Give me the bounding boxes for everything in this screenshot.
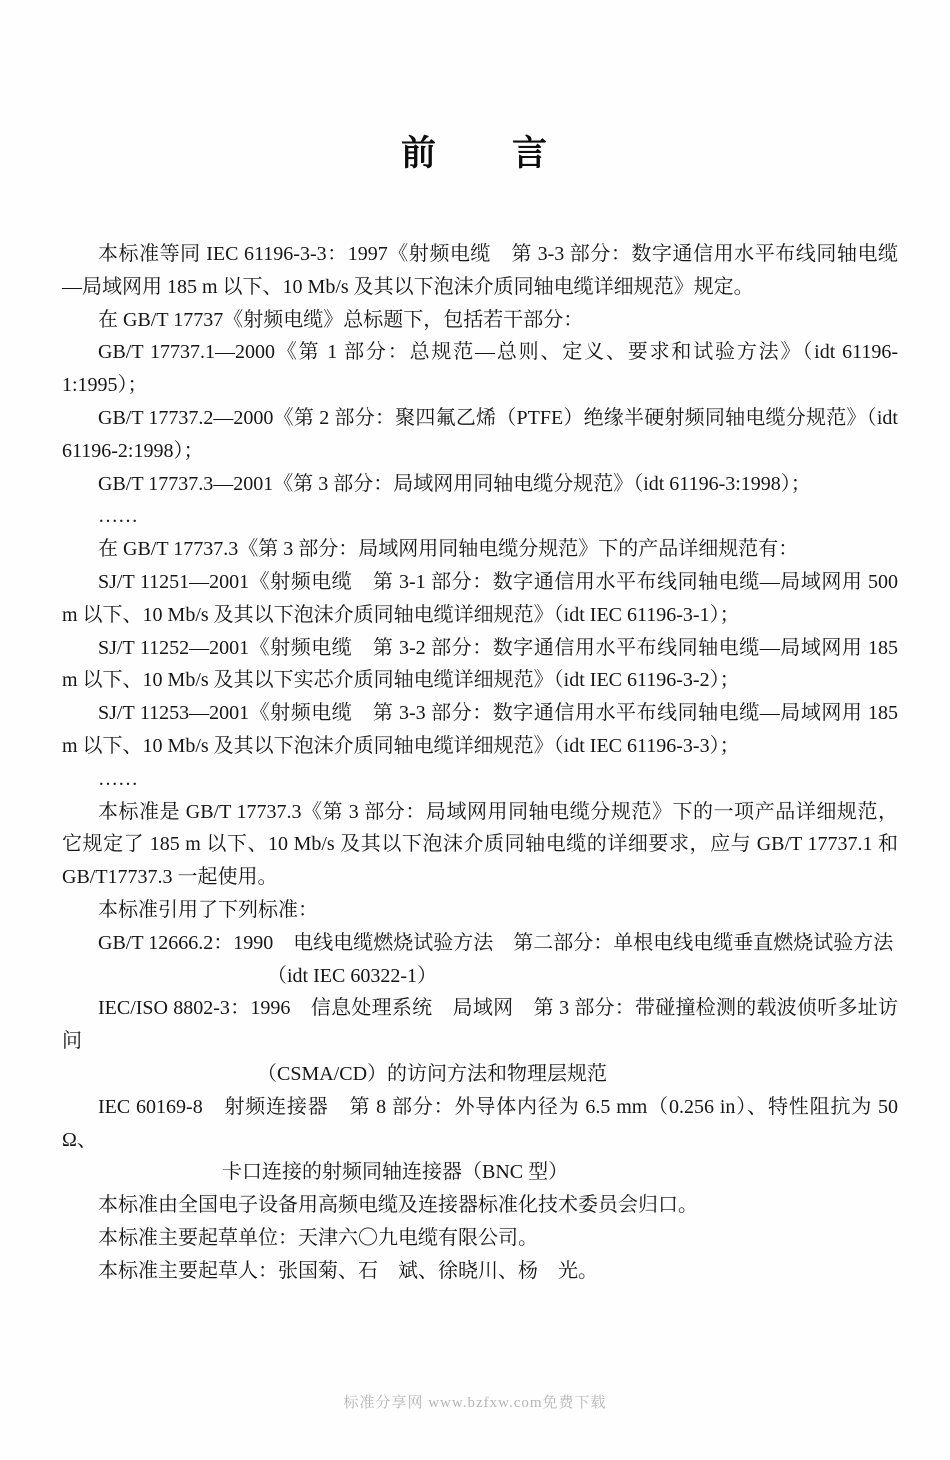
foreword-body: 本标准等同 IEC 61196-3-3：1997《射频电缆 第 3-3 部分：数… bbox=[62, 238, 898, 1288]
reference-entry-continuation: 卡口连接的射频同轴连接器（BNC 型） bbox=[62, 1156, 898, 1189]
ellipsis-line: …… bbox=[62, 500, 898, 533]
page-title: 前 言 bbox=[0, 0, 950, 176]
foreword-paragraph: 本标准等同 IEC 61196-3-3：1997《射频电缆 第 3-3 部分：数… bbox=[62, 238, 898, 304]
reference-entry-continuation: （CSMA/CD）的访问方法和物理层规范 bbox=[62, 1058, 898, 1091]
foreword-paragraph: 在 GB/T 17737《射频电缆》总标题下，包括若干部分： bbox=[62, 304, 898, 337]
foreword-paragraph: 在 GB/T 17737.3《第 3 部分：局域网用同轴电缆分规范》下的产品详细… bbox=[62, 533, 898, 566]
reference-entry: GB/T 12666.2：1990 电线电缆燃烧试验方法 第二部分：单根电线电缆… bbox=[62, 927, 898, 960]
drafters-line: 本标准主要起草人：张国菊、石 斌、徐晓川、杨 光。 bbox=[62, 1255, 898, 1288]
standard-part-entry: GB/T 17737.1—2000《第 1 部分：总规范—总则、定义、要求和试验… bbox=[62, 336, 898, 402]
watermark-footer: 标准分享网 www.bzfxw.com免费下载 bbox=[0, 1391, 950, 1412]
standard-part-entry: GB/T 17737.3—2001《第 3 部分：局域网用同轴电缆分规范》（id… bbox=[62, 468, 898, 501]
foreword-paragraph: 本标准引用了下列标准： bbox=[62, 894, 898, 927]
standard-part-entry: GB/T 17737.2—2000《第 2 部分：聚四氟乙烯（PTFE）绝缘半硬… bbox=[62, 402, 898, 468]
foreword-paragraph: 本标准由全国电子设备用高频电缆及连接器标准化技术委员会归口。 bbox=[62, 1189, 898, 1222]
detail-spec-entry: SJ/T 11253—2001《射频电缆 第 3-3 部分：数字通信用水平布线同… bbox=[62, 697, 898, 763]
reference-entry: IEC/ISO 8802-3：1996 信息处理系统 局域网 第 3 部分：带碰… bbox=[62, 992, 898, 1058]
detail-spec-entry: SJ/T 11251—2001《射频电缆 第 3-1 部分：数字通信用水平布线同… bbox=[62, 566, 898, 632]
ellipsis-line: …… bbox=[62, 763, 898, 796]
detail-spec-entry: SJ/T 11252—2001《射频电缆 第 3-2 部分：数字通信用水平布线同… bbox=[62, 632, 898, 698]
reference-entry-continuation: （idt IEC 60322-1） bbox=[62, 960, 898, 993]
document-page: 前 言 本标准等同 IEC 61196-3-3：1997《射频电缆 第 3-3 … bbox=[0, 0, 950, 1460]
drafting-unit-line: 本标准主要起草单位：天津六〇九电缆有限公司。 bbox=[62, 1222, 898, 1255]
foreword-paragraph: 本标准是 GB/T 17737.3《第 3 部分：局域网用同轴电缆分规范》下的一… bbox=[62, 796, 898, 894]
reference-entry: IEC 60169-8 射频连接器 第 8 部分：外导体内径为 6.5 mm（0… bbox=[62, 1091, 898, 1157]
